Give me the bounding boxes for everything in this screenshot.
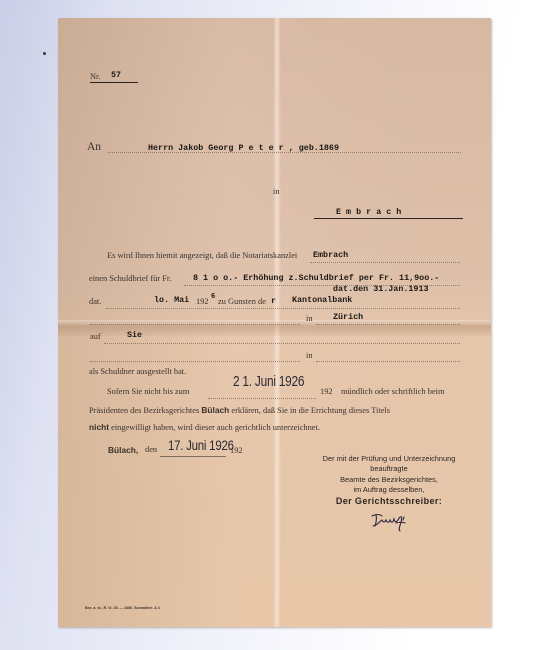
beneficiary-value: Kantonalbank	[292, 295, 352, 305]
bank-location-value: Zürich	[333, 312, 363, 322]
bank-location-line-right	[316, 324, 460, 325]
deadline-stamp: 2 1. Juni 1926	[233, 374, 304, 390]
consent-rest: eingewilligt haben, wird dieser auch ger…	[111, 423, 320, 432]
debtor-value: Sie	[127, 330, 142, 340]
official-line-3: Beamte des Bezirksgerichtes,	[284, 475, 494, 485]
notary-office: Embrach	[313, 250, 348, 260]
number-value: 57	[111, 70, 121, 80]
horizontal-fold-crease	[58, 320, 491, 336]
official-line-4: im Auftrag desselben,	[284, 485, 494, 495]
court-line-b: erklären, daß Sie in die Errichtung dies…	[231, 406, 390, 415]
debtor-location-line-left	[90, 361, 300, 362]
official-line-2: beauftragte	[284, 464, 494, 474]
addressee-value: Herrn Jakob Georg P e t e r , geb.1869	[148, 143, 339, 153]
date-line	[106, 308, 460, 309]
bank-location-in-label: in	[306, 314, 313, 323]
number-label: Nr.	[90, 72, 100, 81]
notice-line-2: einen Schuldbrief für Fr.	[89, 274, 171, 283]
official-line-1: Der mit der Prüfung und Unterzeichnung	[284, 454, 494, 464]
place-date-year-printed: 192	[230, 446, 243, 455]
beneficiary-label: zu Gunsten de	[218, 297, 266, 306]
beneficiary-suffix: r	[271, 296, 276, 306]
deadline-suffix: mündlich oder schriftlich beim	[341, 387, 445, 396]
office-line	[310, 262, 460, 263]
debtor-location-in-label: in	[306, 351, 313, 360]
place-date-stamp: 17. Juni 1926	[168, 437, 234, 453]
debtor-line	[104, 343, 460, 344]
in-label: in	[273, 187, 280, 196]
amount-value: 8 1 o o.- Erhöhung z.Schuldbrief per Fr.…	[193, 273, 439, 283]
debtor-label: auf	[90, 332, 101, 341]
bank-location-line-left	[90, 324, 300, 325]
place-date-den: den	[145, 445, 157, 454]
date-year-typed: 6	[211, 293, 215, 301]
place-date-line	[160, 456, 226, 457]
place-date-city: Bülach,	[108, 445, 138, 455]
consent-line: nicht eingewilligt haben, wird dieser au…	[89, 422, 320, 432]
court-line-a: Präsidenten des Bezirksgerichtes	[89, 406, 199, 415]
place-value: E m b r a c h	[336, 207, 401, 217]
date-year-printed: 192	[196, 297, 209, 306]
dust-speck	[43, 52, 46, 55]
date-label: dat.	[89, 297, 101, 306]
deadline-prefix: Sofern Sie nicht bis zum	[107, 387, 189, 396]
debtor-location-line-right	[316, 361, 460, 362]
number-underline	[90, 82, 138, 83]
legal-notice-document: Nr. 57 An Herrn Jakob Georg P e t e r , …	[58, 18, 491, 627]
date-value: lo. Mai	[154, 295, 189, 305]
handwritten-signature-icon	[370, 511, 408, 533]
form-footer: Bez. a. st., R. Vi. 25. — 4380. Sonnalle…	[85, 606, 160, 610]
court-line: Präsidenten des Bezirksgerichtes Bülach …	[89, 405, 390, 415]
court-place: Bülach	[201, 405, 229, 415]
addressee-label: An	[87, 141, 101, 153]
not-emphasis: nicht	[89, 422, 109, 432]
amount-continuation: dat.den 31.Jan.1913	[333, 284, 429, 294]
debtor-statement: als Schuldner ausgestellt hat.	[89, 367, 186, 376]
notice-line-1: Es wird Ihnen hiemit angezeigt, daß die …	[107, 251, 297, 260]
official-title: Der Gerichtsschreiber:	[284, 495, 494, 508]
official-block: Der mit der Prüfung und Unterzeichnung b…	[284, 454, 494, 508]
deadline-year-printed: 192	[320, 387, 333, 396]
place-underline	[314, 218, 463, 219]
deadline-line	[208, 398, 316, 399]
